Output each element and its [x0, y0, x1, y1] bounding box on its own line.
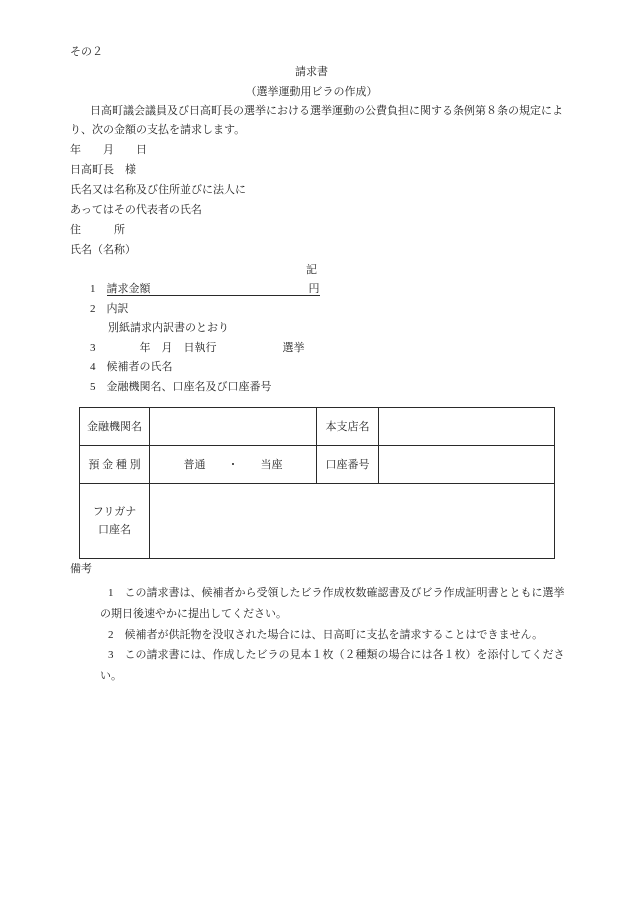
form-number-label: その２	[70, 42, 553, 62]
applicant-note-line-1: 氏名又は名称及び住所並びに法人に	[70, 180, 553, 200]
list-item-candidate-name: 4 候補者の氏名	[90, 358, 553, 378]
remark-1-line-2: の期日後速やかに提出してください。	[100, 604, 553, 625]
remark-1-line-1: 1 この請求書は、候補者から受領したビラ作成枚数確認書及びビラ作成証明書とともに…	[108, 583, 553, 604]
account-number-label-cell: 口座番号	[317, 445, 379, 483]
item-1-label: 請求金額	[107, 283, 151, 295]
document-title: 請求書	[70, 62, 553, 82]
addressee-line: 日高町長 様	[70, 160, 553, 180]
address-label: 住 所	[70, 220, 553, 240]
remark-3-line-1: 3 この請求書には、作成したビラの見本１枚（２種類の場合には各１枚）を添付してく…	[108, 645, 553, 666]
list-item-election-date: 3 年 月 日執行 選挙	[90, 339, 553, 359]
name-label: 氏名（名称）	[70, 240, 553, 260]
bank-name-value-cell	[150, 407, 317, 445]
remarks-list: 1 この請求書は、候補者から受領したビラ作成枚数確認書及びビラ作成証明書とともに…	[70, 583, 553, 687]
list-item-breakdown: 2 内訳	[90, 300, 553, 320]
remark-2: 2 候補者が供託物を没収された場合には、日高町に支払を請求することはできません。	[108, 625, 553, 646]
intro-paragraph: 日高町議会議員及び日高町長の選挙における選挙運動の公費負担に関する条例第８条の規…	[70, 102, 553, 140]
claim-amount-blank	[151, 290, 309, 292]
bank-name-label-cell: 金融機関名	[80, 407, 150, 445]
list-item-breakdown-sub: 別紙請求内訳書のとおり	[108, 319, 553, 339]
branch-name-label-cell: 本支店名	[317, 407, 379, 445]
claim-amount-underline: 請求金額円	[107, 283, 320, 296]
account-name-label-cell: フリガナ 口座名	[80, 483, 150, 558]
remark-3-line-2: い。	[100, 666, 553, 687]
account-name-label: 口座名	[80, 521, 149, 539]
applicant-block: 氏名又は名称及び住所並びに法人に あってはその代表者の氏名 住 所 氏名（名称）	[70, 180, 553, 260]
intro-line-2: り、次の金額の支払を請求します。	[70, 121, 553, 140]
applicant-note-line-2: あってはその代表者の氏名	[70, 200, 553, 220]
deposit-type-label-cell: 預 金 種 別	[80, 445, 150, 483]
date-line: 年 月 日	[70, 140, 553, 160]
remarks-heading: 備考	[70, 559, 553, 579]
account-name-value-cell	[150, 483, 555, 558]
account-number-value-cell	[379, 445, 555, 483]
branch-name-value-cell	[379, 407, 555, 445]
furigana-label: フリガナ	[80, 503, 149, 521]
intro-line-1: 日高町議会議員及び日高町長の選挙における選挙運動の公費負担に関する条例第８条の規…	[70, 102, 553, 121]
bank-account-table: 金融機関名 本支店名 預 金 種 別 普通 ・ 当座 口座番号 フリガナ 口座名	[79, 407, 555, 559]
ki-heading: 記	[70, 260, 553, 280]
list-item-bank-account: 5 金融機関名、口座名及び口座番号	[90, 378, 553, 398]
item-1-number: 1	[90, 283, 107, 295]
deposit-type-options-cell: 普通 ・ 当座	[150, 445, 317, 483]
list-item-claim-amount: 1 請求金額円	[90, 280, 553, 300]
item-list: 1 請求金額円 2 内訳 別紙請求内訳書のとおり 3 年 月 日執行 選挙 4 …	[70, 280, 553, 398]
claim-form-page: その２ 請求書 （選挙運動用ビラの作成） 日高町議会議員及び日高町長の選挙におけ…	[0, 0, 630, 903]
item-1-unit: 円	[309, 283, 320, 295]
document-subtitle: （選挙運動用ビラの作成）	[70, 82, 553, 102]
